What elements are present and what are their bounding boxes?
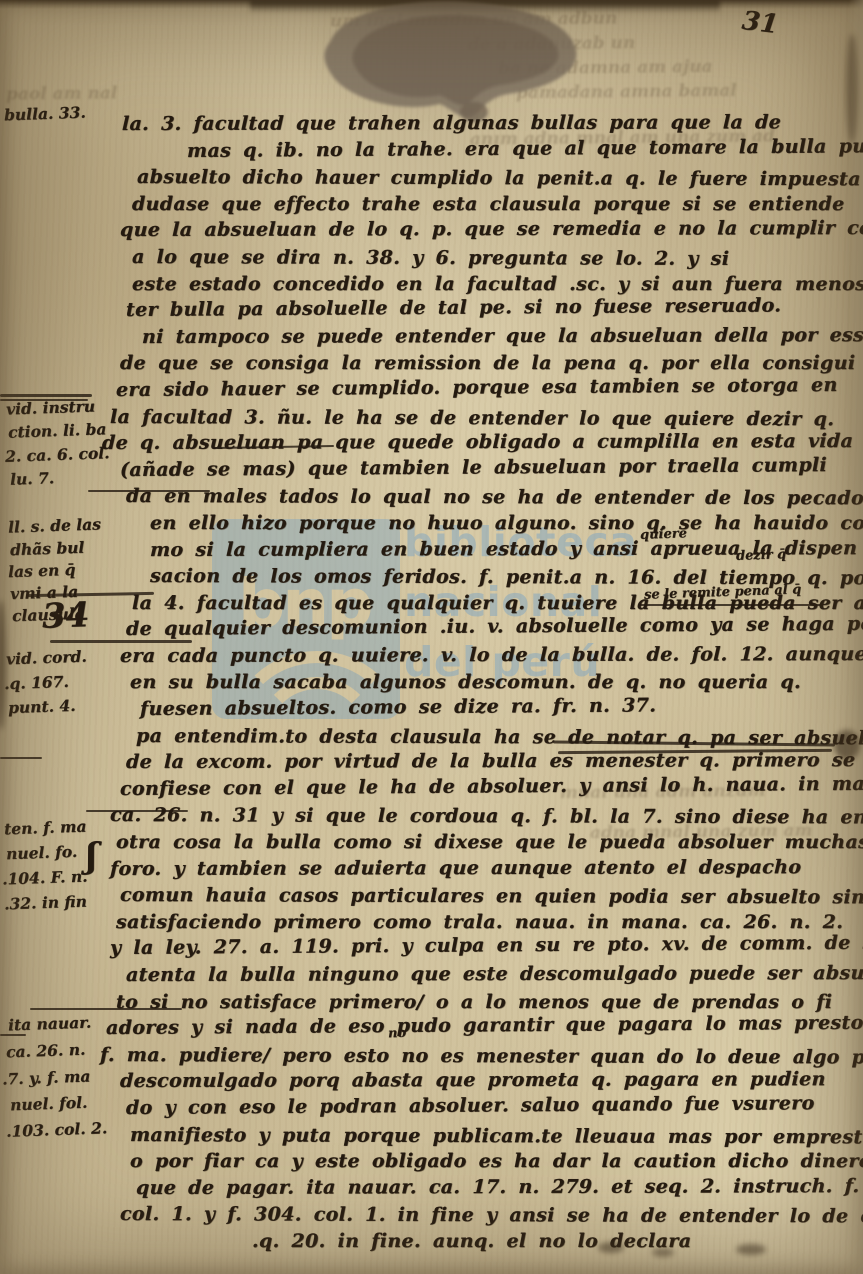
interlinear-note: quiere — [640, 526, 687, 543]
underline-mark — [88, 490, 210, 492]
underline-mark — [50, 640, 192, 643]
margin-rule-mark — [0, 394, 92, 397]
interlinear-notes: quieredezir q̄se le remite pena al q̄noʃ — [0, 0, 863, 1274]
interlinear-note: se le remite pena al q̄ — [644, 582, 802, 602]
margin-rule-mark — [86, 810, 188, 812]
ink-smudge — [846, 34, 858, 144]
dash-mark — [0, 1034, 26, 1036]
ink-smudge — [834, 730, 860, 760]
dash-mark — [0, 757, 42, 759]
interlinear-note: dezir q̄ — [736, 547, 787, 564]
interlinear-note: no — [388, 1026, 407, 1042]
margin-rule-mark — [30, 1008, 182, 1010]
margin-rule-mark — [0, 399, 88, 401]
manuscript-page: um ınal mnadun un am adbunde a adanuzab … — [0, 0, 863, 1274]
ink-smudge — [598, 1242, 624, 1253]
interlinear-note: ʃ — [85, 836, 98, 876]
underline-mark — [640, 604, 822, 606]
ink-smudge — [652, 1248, 674, 1257]
ink-smudge — [736, 1244, 766, 1255]
